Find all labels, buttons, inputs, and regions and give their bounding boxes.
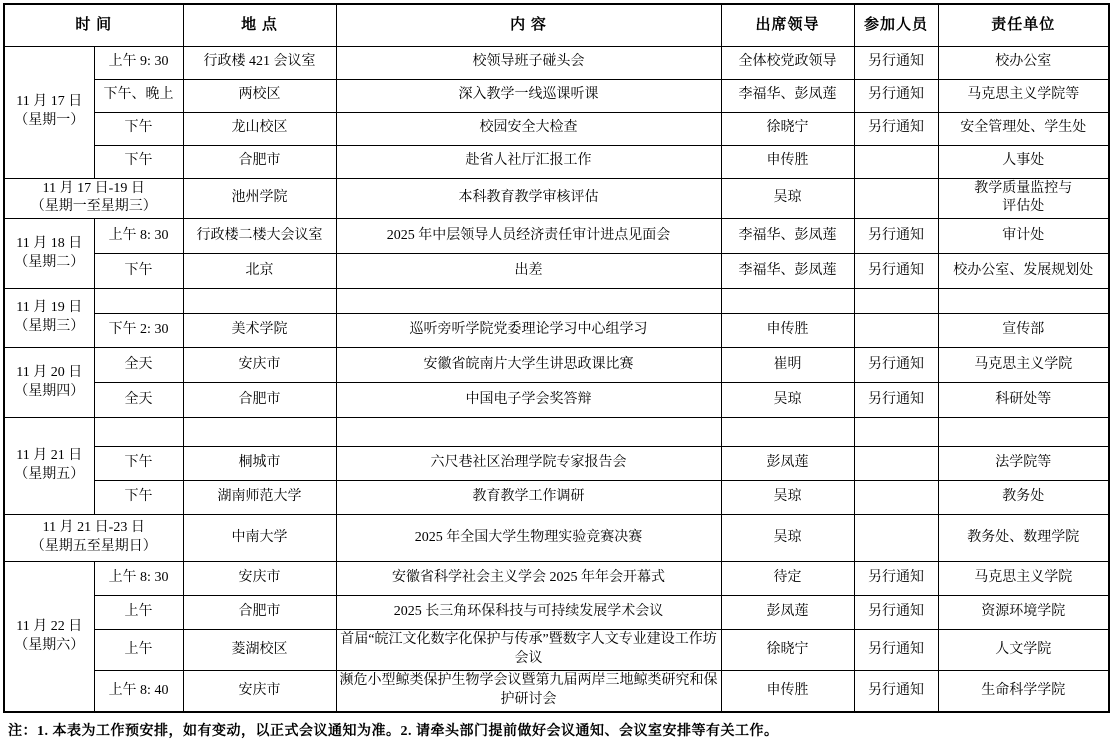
leaders-cell: 吴琼: [721, 383, 854, 418]
content-cell: 2025 年全国大学生物理实验竞赛决赛: [336, 515, 721, 562]
table-row: 下午、晚上 两校区 深入教学一线巡课听课 李福华、彭凤莲 另行通知 马克思主义学…: [4, 79, 1109, 112]
date-cell: 11 月 18 日 （星期二）: [4, 219, 94, 289]
unit-cell: [938, 289, 1109, 314]
location-cell: 龙山校区: [183, 112, 336, 145]
header-row: 时 间 地 点 内 容 出席领导 参加人员 责任单位: [4, 4, 1109, 46]
unit-cell: 教务处: [938, 481, 1109, 515]
participants-cell: [854, 314, 938, 348]
participants-cell: 另行通知: [854, 79, 938, 112]
time-cell: 上午: [94, 596, 183, 630]
time-cell: 下午: [94, 254, 183, 289]
content-cell: 本科教育教学审核评估: [336, 178, 721, 219]
participants-cell: [854, 481, 938, 515]
date-cell: 11 月 22 日 （星期六）: [4, 562, 94, 712]
location-cell: [183, 289, 336, 314]
content-cell: 2025 年中层领导人员经济责任审计进点见面会: [336, 219, 721, 254]
participants-cell: [854, 178, 938, 219]
unit-cell: 马克思主义学院等: [938, 79, 1109, 112]
participants-cell: 另行通知: [854, 254, 938, 289]
leaders-cell: 吴琼: [721, 515, 854, 562]
participants-cell: 另行通知: [854, 596, 938, 630]
unit-cell: 校办公室: [938, 46, 1109, 79]
content-cell: 首届“皖江文化数字化保护与传承”暨数字人文专业建设工作坊会议: [336, 630, 721, 671]
table-row: 全天 合肥市 中国电子学会奖答辩 吴琼 另行通知 科研处等: [4, 383, 1109, 418]
schedule-page: 时 间 地 点 内 容 出席领导 参加人员 责任单位 11 月 17 日 （星期…: [0, 0, 1117, 744]
time-cell: 下午 2: 30: [94, 314, 183, 348]
table-row: 11 月 18 日 （星期二） 上午 8: 30 行政楼二楼大会议室 2025 …: [4, 219, 1109, 254]
time-cell: 下午、晚上: [94, 79, 183, 112]
time-cell: 下午: [94, 447, 183, 481]
time-cell: 下午: [94, 481, 183, 515]
leaders-cell: 李福华、彭凤莲: [721, 254, 854, 289]
table-row: 下午 桐城市 六尺巷社区治理学院专家报告会 彭凤莲 法学院等: [4, 447, 1109, 481]
leaders-cell: 徐晓宁: [721, 112, 854, 145]
leaders-cell: 待定: [721, 562, 854, 596]
time-cell: [94, 418, 183, 447]
unit-cell: 马克思主义学院: [938, 562, 1109, 596]
participants-cell: [854, 289, 938, 314]
unit-cell: 校办公室、发展规划处: [938, 254, 1109, 289]
col-header-time: 时 间: [4, 4, 183, 46]
table-row: 11 月 17 日-19 日 （星期一至星期三） 池州学院 本科教育教学审核评估…: [4, 178, 1109, 219]
date-cell: 11 月 19 日 （星期三）: [4, 289, 94, 348]
location-cell: 美术学院: [183, 314, 336, 348]
location-cell: 合肥市: [183, 596, 336, 630]
location-cell: 北京: [183, 254, 336, 289]
content-cell: 教育教学工作调研: [336, 481, 721, 515]
time-cell: 下午: [94, 112, 183, 145]
col-header-participants: 参加人员: [854, 4, 938, 46]
location-cell: 安庆市: [183, 348, 336, 383]
content-cell: 中国电子学会奖答辩: [336, 383, 721, 418]
unit-cell: 资源环境学院: [938, 596, 1109, 630]
participants-cell: 另行通知: [854, 348, 938, 383]
unit-cell: 审计处: [938, 219, 1109, 254]
leaders-cell: 徐晓宁: [721, 630, 854, 671]
unit-cell: 宣传部: [938, 314, 1109, 348]
content-cell: 赴省人社厅汇报工作: [336, 145, 721, 178]
table-row: 下午 龙山校区 校园安全大检查 徐晓宁 另行通知 安全管理处、学生处: [4, 112, 1109, 145]
date-cell: 11 月 17 日-19 日 （星期一至星期三）: [4, 178, 183, 219]
participants-cell: [854, 418, 938, 447]
location-cell: 菱湖校区: [183, 630, 336, 671]
content-cell: [336, 418, 721, 447]
time-cell: 上午 9: 30: [94, 46, 183, 79]
date-cell: 11 月 17 日 （星期一）: [4, 46, 94, 178]
location-cell: 安庆市: [183, 671, 336, 712]
unit-cell: [938, 418, 1109, 447]
table-row: 下午 合肥市 赴省人社厅汇报工作 申传胜 人事处: [4, 145, 1109, 178]
table-row: 11 月 20 日 （星期四） 全天 安庆市 安徽省皖南片大学生讲思政课比赛 崔…: [4, 348, 1109, 383]
table-row: 11 月 21 日 （星期五）: [4, 418, 1109, 447]
unit-cell: 教学质量监控与 评估处: [938, 178, 1109, 219]
participants-cell: 另行通知: [854, 671, 938, 712]
time-cell: 全天: [94, 383, 183, 418]
leaders-cell: 申传胜: [721, 671, 854, 712]
participants-cell: 另行通知: [854, 219, 938, 254]
location-cell: 合肥市: [183, 383, 336, 418]
content-cell: 2025 长三角环保科技与可持续发展学术会议: [336, 596, 721, 630]
location-cell: 行政楼 421 会议室: [183, 46, 336, 79]
content-cell: 濒危小型鲸类保护生物学会议暨第九届两岸三地鲸类研究和保护研讨会: [336, 671, 721, 712]
leaders-cell: 申传胜: [721, 145, 854, 178]
leaders-cell: 崔明: [721, 348, 854, 383]
content-cell: 校园安全大检查: [336, 112, 721, 145]
leaders-cell: [721, 289, 854, 314]
participants-cell: [854, 515, 938, 562]
content-cell: [336, 289, 721, 314]
table-row: 11 月 21 日-23 日 （星期五至星期日） 中南大学 2025 年全国大学…: [4, 515, 1109, 562]
time-cell: 上午: [94, 630, 183, 671]
table-row: 下午 北京 出差 李福华、彭凤莲 另行通知 校办公室、发展规划处: [4, 254, 1109, 289]
table-row: 下午 2: 30 美术学院 巡听旁听学院党委理论学习中心组学习 申传胜 宣传部: [4, 314, 1109, 348]
leaders-cell: 彭凤莲: [721, 447, 854, 481]
unit-cell: 生命科学学院: [938, 671, 1109, 712]
unit-cell: 法学院等: [938, 447, 1109, 481]
location-cell: 湖南师范大学: [183, 481, 336, 515]
location-cell: 两校区: [183, 79, 336, 112]
participants-cell: [854, 447, 938, 481]
leaders-cell: 吴琼: [721, 481, 854, 515]
unit-cell: 人事处: [938, 145, 1109, 178]
location-cell: 池州学院: [183, 178, 336, 219]
participants-cell: 另行通知: [854, 630, 938, 671]
leaders-cell: 李福华、彭凤莲: [721, 79, 854, 112]
table-row: 11 月 19 日 （星期三）: [4, 289, 1109, 314]
location-cell: 桐城市: [183, 447, 336, 481]
leaders-cell: 吴琼: [721, 178, 854, 219]
leaders-cell: 全体校党政领导: [721, 46, 854, 79]
table-row: 上午 8: 40 安庆市 濒危小型鲸类保护生物学会议暨第九届两岸三地鲸类研究和保…: [4, 671, 1109, 712]
leaders-cell: [721, 418, 854, 447]
participants-cell: 另行通知: [854, 383, 938, 418]
unit-cell: 安全管理处、学生处: [938, 112, 1109, 145]
unit-cell: 科研处等: [938, 383, 1109, 418]
location-cell: 行政楼二楼大会议室: [183, 219, 336, 254]
content-cell: 巡听旁听学院党委理论学习中心组学习: [336, 314, 721, 348]
time-cell: [94, 289, 183, 314]
location-cell: 合肥市: [183, 145, 336, 178]
participants-cell: 另行通知: [854, 112, 938, 145]
leaders-cell: 申传胜: [721, 314, 854, 348]
unit-cell: 人文学院: [938, 630, 1109, 671]
time-cell: 上午 8: 30: [94, 562, 183, 596]
content-cell: 出差: [336, 254, 721, 289]
time-cell: 上午 8: 30: [94, 219, 183, 254]
location-cell: 安庆市: [183, 562, 336, 596]
content-cell: 深入教学一线巡课听课: [336, 79, 721, 112]
date-cell: 11 月 21 日 （星期五）: [4, 418, 94, 515]
location-cell: [183, 418, 336, 447]
date-cell: 11 月 21 日-23 日 （星期五至星期日）: [4, 515, 183, 562]
table-row: 11 月 17 日 （星期一） 上午 9: 30 行政楼 421 会议室 校领导…: [4, 46, 1109, 79]
unit-cell: 教务处、数理学院: [938, 515, 1109, 562]
time-cell: 上午 8: 40: [94, 671, 183, 712]
col-header-unit: 责任单位: [938, 4, 1109, 46]
col-header-location: 地 点: [183, 4, 336, 46]
table-row: 下午 湖南师范大学 教育教学工作调研 吴琼 教务处: [4, 481, 1109, 515]
footnote: 注：1. 本表为工作预安排，如有变动，以正式会议通知为准。2. 请牵头部门提前做…: [8, 720, 1117, 740]
schedule-table: 时 间 地 点 内 容 出席领导 参加人员 责任单位 11 月 17 日 （星期…: [3, 3, 1110, 713]
table-row: 上午 菱湖校区 首届“皖江文化数字化保护与传承”暨数字人文专业建设工作坊会议 徐…: [4, 630, 1109, 671]
content-cell: 安徽省皖南片大学生讲思政课比赛: [336, 348, 721, 383]
participants-cell: 另行通知: [854, 562, 938, 596]
participants-cell: 另行通知: [854, 46, 938, 79]
table-row: 上午 合肥市 2025 长三角环保科技与可持续发展学术会议 彭凤莲 另行通知 资…: [4, 596, 1109, 630]
col-header-leaders: 出席领导: [721, 4, 854, 46]
time-cell: 下午: [94, 145, 183, 178]
leaders-cell: 彭凤莲: [721, 596, 854, 630]
participants-cell: [854, 145, 938, 178]
content-cell: 校领导班子碰头会: [336, 46, 721, 79]
content-cell: 安徽省科学社会主义学会 2025 年年会开幕式: [336, 562, 721, 596]
col-header-content: 内 容: [336, 4, 721, 46]
unit-cell: 马克思主义学院: [938, 348, 1109, 383]
date-cell: 11 月 20 日 （星期四）: [4, 348, 94, 418]
leaders-cell: 李福华、彭凤莲: [721, 219, 854, 254]
time-cell: 全天: [94, 348, 183, 383]
table-row: 11 月 22 日 （星期六） 上午 8: 30 安庆市 安徽省科学社会主义学会…: [4, 562, 1109, 596]
content-cell: 六尺巷社区治理学院专家报告会: [336, 447, 721, 481]
location-cell: 中南大学: [183, 515, 336, 562]
